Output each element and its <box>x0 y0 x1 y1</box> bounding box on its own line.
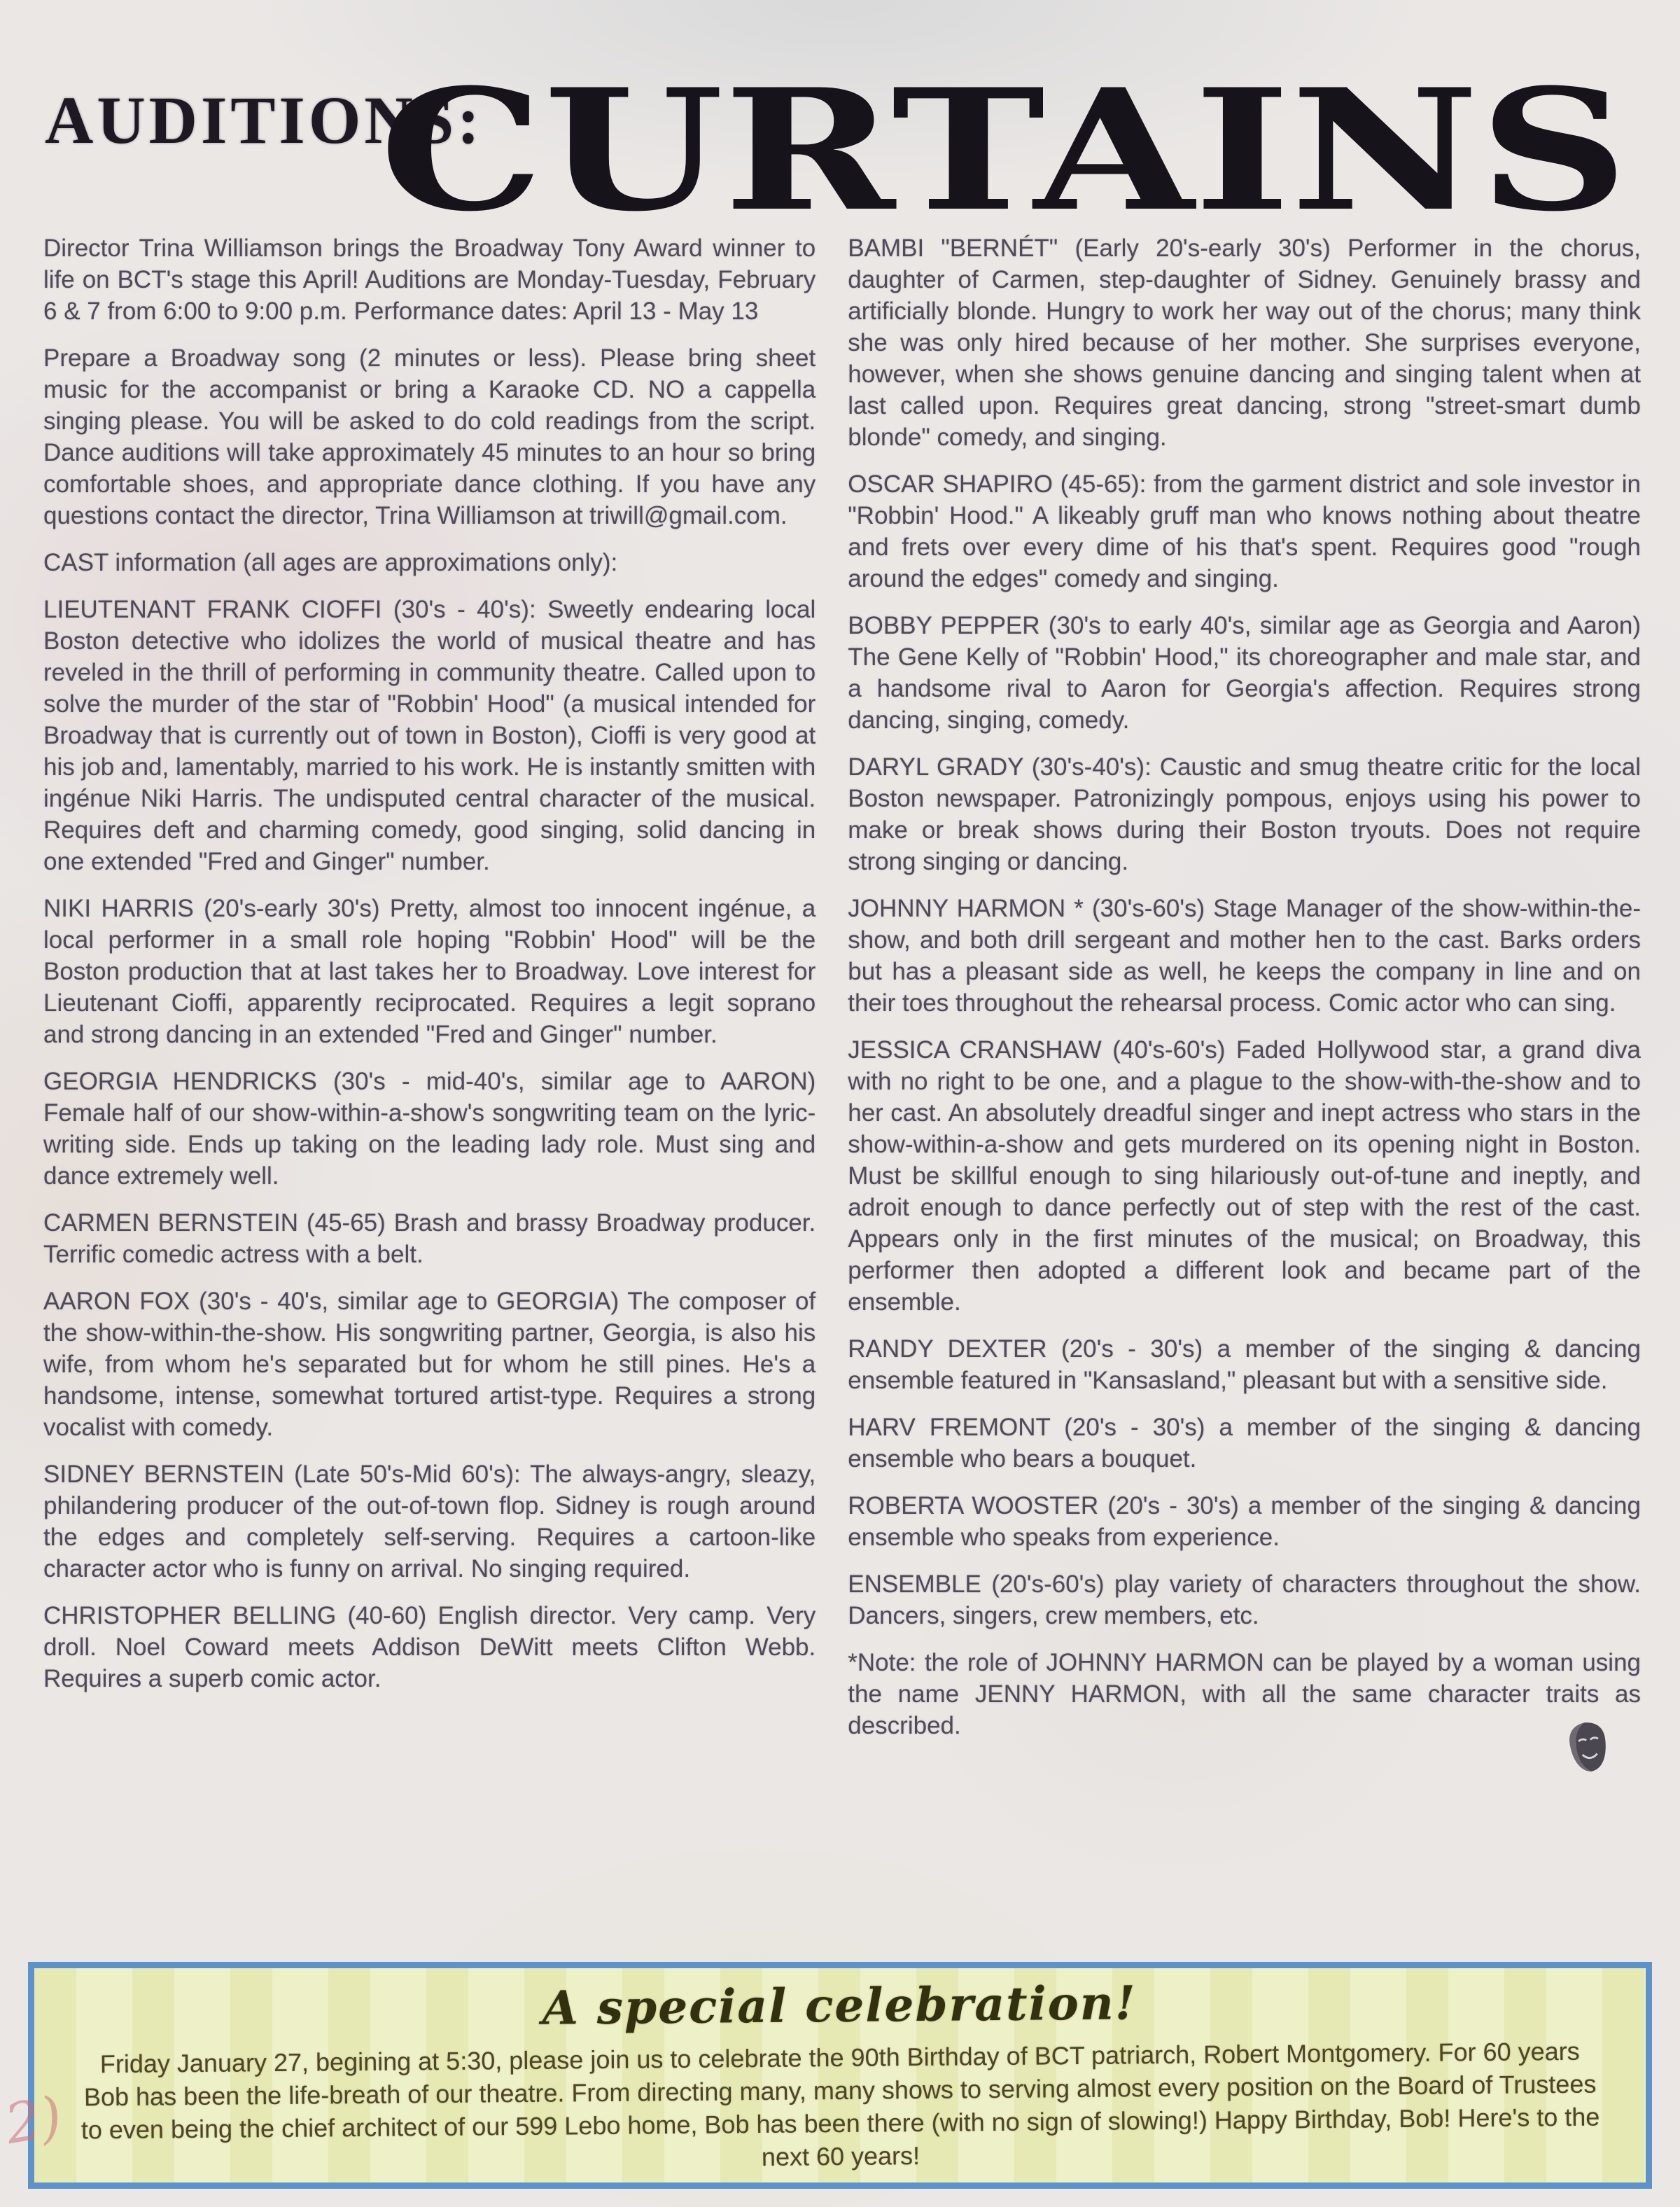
page-header: AUDITIONS: CURTAINS <box>0 0 1680 232</box>
role-description: (Early 20's-early 30's) Performer in the… <box>848 235 1641 451</box>
role-name: BOBBY PEPPER <box>848 612 1039 639</box>
role-aaron-fox: AARON FOX (30's - 40's, similar age to G… <box>43 1286 815 1443</box>
role-oscar-shapiro: OSCAR SHAPIRO (45-65): from the garment … <box>848 468 1641 594</box>
celebration-body: Friday January 27, begining at 5:30, ple… <box>79 2035 1602 2180</box>
role-harv-fremont: HARV FREMONT (20's - 30's) a member of t… <box>848 1412 1641 1475</box>
left-column: Director Trina Williamson brings the Bro… <box>43 232 815 1952</box>
role-name: BAMBI "BERNÉT" <box>848 235 1058 262</box>
celebration-content: A special celebration! Friday January 27… <box>78 1972 1602 2180</box>
role-jessica-cranshaw: JESSICA CRANSHAW (40's-60's) Faded Holly… <box>848 1034 1641 1318</box>
role-name: ENSEMBLE <box>848 1571 981 1598</box>
role-christopher-belling: CHRISTOPHER BELLING (40-60) English dire… <box>43 1600 815 1694</box>
role-bobby-pepper: BOBBY PEPPER (30's to early 40's, simila… <box>848 610 1641 736</box>
role-johnny-harmon: JOHNNY HARMON * (30's-60's) Stage Manage… <box>848 893 1641 1019</box>
johnny-harmon-note: *Note: the role of JOHNNY HARMON can be … <box>848 1647 1641 1741</box>
role-niki-harris: NIKI HARRIS (20's-early 30's) Pretty, al… <box>43 893 815 1050</box>
role-name: CARMEN BERNSTEIN <box>43 1209 298 1237</box>
role-ensemble: ENSEMBLE (20's-60's) play variety of cha… <box>848 1568 1641 1631</box>
role-georgia-hendricks: GEORGIA HENDRICKS (30's - mid-40's, simi… <box>43 1066 815 1192</box>
intro-paragraph-1: Director Trina Williamson brings the Bro… <box>43 232 815 327</box>
role-name: JESSICA CRANSHAW <box>848 1036 1101 1064</box>
role-name: ROBERTA WOOSTER <box>848 1492 1098 1519</box>
role-name: OSCAR SHAPIRO <box>848 471 1053 498</box>
role-bambi-bernet: BAMBI "BERNÉT" (Early 20's-early 30's) P… <box>848 232 1641 453</box>
role-name: AARON FOX <box>43 1288 190 1315</box>
role-lieutenant-frank-cioffi: LIEUTENANT FRANK CIOFFI (30's - 40's): S… <box>43 594 815 877</box>
intro-paragraph-2: Prepare a Broadway song (2 minutes or le… <box>43 342 815 531</box>
role-name: LIEUTENANT FRANK CIOFFI <box>43 596 381 623</box>
role-sidney-bernstein: SIDNEY BERNSTEIN (Late 50's-Mid 60's): T… <box>43 1458 815 1585</box>
role-description: (30's - 40's): Sweetly endearing local B… <box>43 596 815 875</box>
role-daryl-grady: DARYL GRADY (30's-40's): Caustic and smu… <box>848 751 1641 877</box>
role-name: NIKI HARRIS <box>43 895 194 922</box>
role-name: SIDNEY BERNSTEIN <box>43 1461 284 1488</box>
cast-info-line: CAST information (all ages are approxima… <box>43 547 815 578</box>
right-column: BAMBI "BERNÉT" (Early 20's-early 30's) P… <box>848 232 1641 1952</box>
celebration-title: A special celebration! <box>78 1972 1601 2040</box>
celebration-box: A special celebration! Friday January 27… <box>28 1962 1652 2189</box>
role-carmen-bernstein: CARMEN BERNSTEIN (45-65) Brash and brass… <box>43 1207 815 1270</box>
handwritten-page-number: 2) <box>1 2085 66 2157</box>
role-name: HARV FREMONT <box>848 1414 1050 1441</box>
role-name: GEORGIA HENDRICKS <box>43 1068 317 1095</box>
theater-mask-icon <box>1563 1718 1613 1776</box>
role-description: (40's-60's) Faded Hollywood star, a gran… <box>848 1036 1641 1316</box>
show-title-text: CURTAINS <box>379 60 1628 228</box>
note-text: *Note: the role of JOHNNY HARMON can be … <box>848 1647 1641 1741</box>
content-columns: Director Trina Williamson brings the Bro… <box>0 232 1680 1952</box>
role-roberta-wooster: ROBERTA WOOSTER (20's - 30's) a member o… <box>848 1490 1641 1553</box>
role-name: CHRISTOPHER BELLING <box>43 1602 336 1629</box>
role-name: RANDY DEXTER <box>848 1335 1046 1363</box>
role-name: JOHNNY HARMON * <box>848 895 1084 922</box>
role-name: DARYL GRADY <box>848 753 1023 781</box>
show-title-curtains: CURTAINS <box>377 60 1637 228</box>
role-randy-dexter: RANDY DEXTER (20's - 30's) a member of t… <box>848 1333 1641 1396</box>
